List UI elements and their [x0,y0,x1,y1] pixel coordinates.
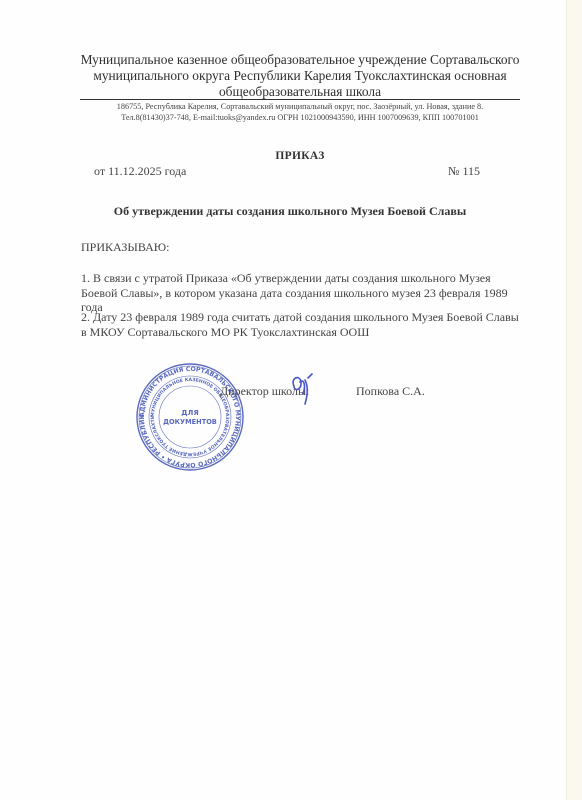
document-title: Об утверждении даты создания школьного М… [60,204,520,219]
document-number: № 115 [448,164,480,179]
document-date: от 11.12.2025 года [94,164,186,179]
svg-text:ДОКУМЕНТОВ: ДОКУМЕНТОВ [163,418,217,426]
org-name-line-1: Муниципальное казенное общеобразовательн… [80,52,520,68]
scan-edge [566,0,582,800]
letterhead: Муниципальное казенное общеобразовательн… [80,52,520,100]
stamp-icon: АДМИНИСТРАЦИЯ СОРТАВАЛЬСКОГО МУНИЦИПАЛЬН… [135,362,245,472]
document-page: Муниципальное казенное общеобразовательн… [0,0,582,800]
order-word: ПРИКАЗЫВАЮ: [81,240,169,255]
order-item-2: 2. Дату 23 февраля 1989 года считать дат… [81,310,521,339]
document-type: ПРИКАЗ [0,150,582,162]
org-name-line-3: общеобразовательная школа [80,84,520,100]
address-line: 186755, Республика Карелия, Сортавальски… [80,102,520,113]
signature-mark-icon [286,372,326,406]
letterhead-contacts: 186755, Республика Карелия, Сортавальски… [80,102,520,123]
contact-line: Тел.8(81430)37-748, E-mail:tuoks@yandex.… [80,113,520,124]
order-item-1: 1. В связи с утратой Приказа «Об утвержд… [81,271,521,315]
letterhead-divider [80,99,520,100]
signatory-name: Попкова С.А. [356,384,425,399]
svg-text:ДЛЯ: ДЛЯ [181,409,198,417]
org-name-line-2: муниципального округа Республики Карелия… [80,68,520,84]
